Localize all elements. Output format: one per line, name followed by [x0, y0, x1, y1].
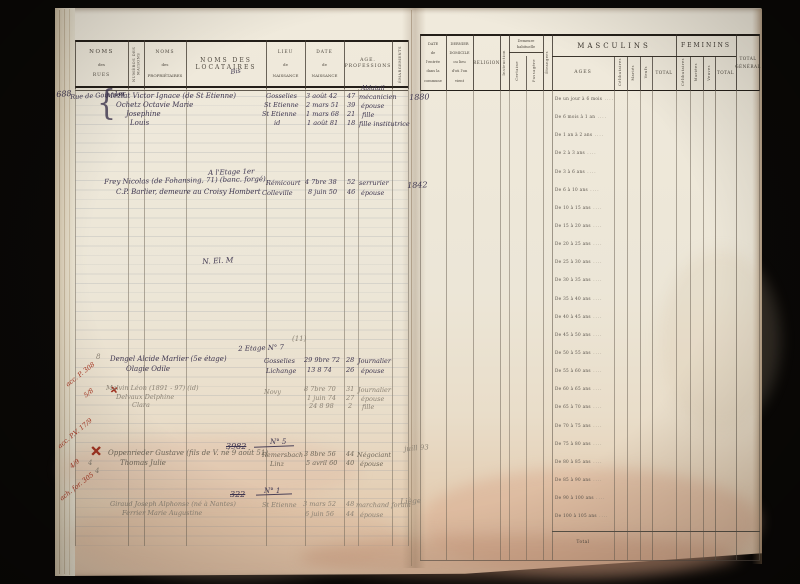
header-line: AGES — [574, 70, 592, 76]
column-header-total-general: TOTAL GÉNÉRAL — [736, 37, 760, 88]
column-header-lieu-naissance: LIEU de NAISSANCE — [266, 43, 305, 85]
column-header-dernier-domicile: DERNIER DOMICILE ou lieu d'où l'on vient — [446, 37, 473, 88]
column-header-demeure-passagere: Passagère — [526, 53, 543, 89]
header-line: LIEU — [278, 50, 294, 56]
handwriting-pencil-mark: 4 — [95, 467, 99, 475]
column-header-date-entree: DATE de l'entrée dans la commune — [420, 37, 446, 88]
handwriting-age: 46 — [347, 188, 355, 196]
handwriting-tenant-name: Ferrier Marie Augustine — [122, 509, 202, 517]
age-range-row: De 55 à 60 ans — [555, 368, 617, 386]
header-line: de — [322, 62, 327, 67]
header-line: AGE. PROFESSIONS — [344, 58, 392, 69]
handwriting-pencil-mark: 4 — [88, 459, 92, 467]
handwriting-birthplace: St Etienne — [264, 101, 299, 109]
age-range-row: De 35 à 40 ans — [555, 296, 617, 314]
column-header-masc-veufs: Veufs — [640, 56, 652, 89]
handwriting-birthplace: Linz — [270, 460, 284, 468]
handwriting-age: 47 — [347, 92, 355, 100]
handwriting-profession: fille — [362, 111, 374, 119]
handwriting-tenant-name: Thomas Julie — [120, 459, 166, 467]
age-range-row: De 15 à 20 ans — [555, 223, 617, 241]
header-line: DATE — [428, 42, 438, 46]
handwriting-tenant-name: Olagie Odile — [126, 365, 170, 373]
handwriting-pencil-birthdate: 8 7bre 70 — [304, 385, 336, 393]
age-range-row: De 3 à 6 ans — [555, 169, 617, 187]
handwriting-pencil-name: Delvaux Delphine — [116, 393, 174, 401]
header-line: ÉMARGEMENTS — [398, 46, 402, 83]
handwriting-pencil-mark: 8 — [96, 353, 100, 361]
handwriting-birthdate: 6 juin 56 — [305, 510, 334, 518]
header-line: Passagère — [532, 59, 536, 82]
header-line: d'où l'on — [452, 69, 468, 73]
handwriting-birthplace: Lichange — [266, 367, 296, 375]
handwriting-profession: épouse — [361, 189, 384, 197]
handwriting-birthdate: 3 mars 52 — [303, 500, 336, 508]
handwriting-number-note: N° 1 — [264, 487, 280, 495]
handwriting-age: 28 — [346, 356, 354, 364]
handwriting-gutter-note: Liège — [400, 496, 422, 506]
handwriting-profession: épouse — [360, 460, 383, 468]
header-line: NOMS — [89, 49, 114, 56]
handwriting-pencil-birthplace: Novy — [264, 388, 281, 396]
handwriting-tenant-name: Josephine — [126, 110, 161, 118]
header-line: Certaine — [515, 61, 519, 81]
handwriting-profession: serrurier — [359, 179, 389, 187]
group-header-feminins: FEMININS — [676, 38, 736, 54]
header-line: de — [431, 51, 435, 55]
handwriting-age: 21 — [347, 110, 355, 118]
age-range-row: De 30 à 35 ans — [555, 277, 617, 295]
age-ranges-column: De un jour à 6 moisDe 6 mois à 1 anDe 1 … — [555, 96, 617, 531]
header-line: PROPRIÉTAIRES — [148, 73, 183, 78]
header-line: Demeure — [518, 39, 535, 43]
column-header-age-professions: AGE. PROFESSIONS — [344, 41, 392, 87]
header-line: NUMÉROS DES MAISONS — [132, 41, 141, 87]
header-line: Célibataires — [681, 58, 685, 86]
handwriting-header-note: Bis — [230, 67, 241, 76]
handwriting-birthplace: id — [274, 119, 280, 127]
header-line: Mariées — [694, 63, 698, 81]
header-line: de — [283, 62, 288, 67]
column-header-religion: RELIGION — [473, 37, 500, 88]
handwriting-profession: épouse — [361, 367, 384, 375]
age-range-row: De 10 à 15 ans — [555, 205, 617, 223]
right-bottom-rule — [420, 560, 760, 561]
column-header-fem-mariees: Mariées — [690, 56, 703, 89]
header-line: Veuves — [707, 65, 711, 81]
age-range-row: De 85 à 90 ans — [555, 477, 617, 495]
handwriting-struck-number: 322 — [230, 490, 245, 499]
handwriting-profession-note: Ablatail — [361, 85, 385, 92]
handwriting-age: 18 — [347, 119, 355, 127]
age-range-row: De 2 à 3 ans — [555, 150, 617, 168]
header-line: GÉNÉRAL — [735, 64, 761, 69]
age-range-row: De 100 à 105 ans — [555, 513, 617, 531]
handwriting-birthdate: 1 mars 68 — [306, 110, 339, 118]
header-line: TOTAL — [717, 70, 734, 75]
column-header-emargements: ÉMARGEMENTS — [392, 41, 408, 87]
handwriting-tenant-name: Giraud Joseph Alphonse (né à Nantes) — [110, 500, 236, 508]
handwriting-pencil-age: 2 — [348, 402, 352, 410]
column-header-ages: AGES — [552, 56, 614, 89]
header-line: l'entrée — [426, 60, 440, 64]
header-line: Étrangers — [545, 51, 549, 74]
handwriting-age: 52 — [347, 178, 355, 186]
handwriting-age: 40 — [346, 459, 354, 467]
header-line: FEMININS — [681, 42, 731, 50]
handwriting-gutter-note: juill 93 — [404, 443, 429, 453]
age-range-row: De 65 à 70 ans — [555, 404, 617, 422]
handwriting-birthdate: 13 8 74 — [307, 366, 332, 374]
handwriting-number-note: N° 5 — [270, 438, 286, 446]
age-range-row: De 90 à 100 ans — [555, 495, 617, 513]
handwriting-birthdate: 4 7bre 38 — [305, 178, 337, 186]
age-range-row: De 25 à 30 ans — [555, 259, 617, 277]
handwriting-birthplace: St Etienne — [262, 110, 297, 118]
handwriting-birthplace: Gosselies — [264, 357, 295, 365]
column-header-fem-celibataires: Célibataires — [676, 56, 690, 89]
handwriting-pencil-birthdate: 1 juin 74 — [307, 394, 336, 402]
header-line: DOMICILE — [449, 51, 469, 55]
column-header-masc-celibataires: Célibataires — [614, 56, 627, 89]
column-header-instruction: Instruction — [500, 37, 509, 88]
handwriting-gutter-year: 1880 — [409, 92, 430, 102]
header-line: NAISSANCE — [273, 73, 299, 78]
header-line: des — [98, 62, 105, 67]
handwriting-pencil-name: Clara — [132, 401, 150, 409]
header-line: Instruction — [502, 50, 506, 76]
age-range-row: De 60 à 65 ans — [555, 386, 617, 404]
column-header-date-naissance: DATE de NAISSANCE — [305, 43, 344, 85]
age-range-row: De 6 mois à 1 an — [555, 114, 617, 132]
header-line: NAISSANCE — [312, 73, 338, 78]
header-line: RUES — [93, 73, 110, 79]
handwriting-pencil-name: Malvin Léon (1891 - 97) (id) — [106, 384, 199, 392]
handwriting-birthdate: 1 août 81 — [307, 119, 338, 127]
group-header-masculins: MASCULINS — [552, 38, 676, 54]
header-line: DERNIER — [450, 42, 468, 46]
register-scan-photo: NOMS des RUES NUMÉROS DES MAISONS NOMS d… — [0, 0, 800, 584]
handwriting-age: 48 — [346, 500, 354, 508]
handwriting-birthplace: Gosselies — [266, 92, 297, 100]
handwriting-birthplace: Remersbach — [262, 451, 303, 459]
header-line: vient — [455, 79, 464, 83]
column-header-masc-total: TOTAL — [652, 56, 676, 89]
handwriting-age: 44 — [346, 450, 354, 458]
handwriting-birthplace: St Etienne — [262, 501, 297, 509]
header-line: ou lieu — [453, 60, 465, 64]
red-cross-mark: ✕ — [90, 444, 102, 460]
handwriting-pencil-profession: épouse — [361, 395, 384, 403]
handwriting-birthplace: Colleville — [262, 189, 293, 197]
header-line: Célibataires — [618, 58, 622, 86]
handwriting-pencil-age: 31 — [346, 385, 354, 393]
age-range-row: De 50 à 55 ans — [555, 350, 617, 368]
handwriting-pencil-birthdate: 24 8 98 — [309, 402, 334, 410]
age-range-row: De 6 à 10 ans — [555, 187, 617, 205]
handwriting-tenant-name: Meziat Victor Ignace (de St Etienne) — [106, 92, 236, 100]
age-range-row: De 20 à 25 ans — [555, 241, 617, 259]
header-line: DATE — [316, 50, 333, 56]
handwriting-tenant-name: Ochetz Octavie Marie — [116, 101, 193, 109]
handwriting-birthdate: 5 avril 60 — [306, 459, 337, 467]
header-line: TOTAL — [739, 56, 756, 61]
column-header-fem-veuves: Veuves — [703, 56, 715, 89]
column-header-masc-maries: Mariés — [627, 56, 640, 89]
handwriting-pencil-age: 27 — [346, 394, 354, 402]
column-header-locataires: NOMS DES LOCATAIRES — [186, 41, 266, 87]
column-header-demeure-certaine: Certaine — [509, 53, 526, 89]
column-header-proprietaires: NOMS des PROPRIÉTAIRES — [144, 43, 186, 85]
header-line: dans la — [426, 69, 439, 73]
age-range-row: De 80 à 85 ans — [555, 459, 617, 477]
left-ruling-lines — [75, 96, 408, 546]
column-header-etrangers: Étrangers — [543, 37, 552, 88]
handwriting-pencil-profession: Journalier — [358, 386, 391, 394]
age-range-row: De 40 à 45 ans — [555, 314, 617, 332]
column-header-fem-total: TOTAL — [715, 56, 736, 89]
age-range-row: De 45 à 50 ans — [555, 332, 617, 350]
handwriting-tenant-name: Louis — [130, 119, 149, 127]
handwriting-birthdate: 3 8bre 56 — [304, 450, 336, 458]
handwriting-margin-note: N. El. M — [202, 255, 234, 266]
handwriting-birthdate: 3 août 42 — [306, 92, 337, 100]
handwriting-age: 39 — [347, 101, 355, 109]
header-line: TOTAL — [655, 70, 672, 75]
handwriting-floor-heading: 2 Etage N° 7 — [238, 343, 284, 353]
handwriting-age: 26 — [346, 366, 354, 374]
header-line: RELIGION — [473, 60, 500, 65]
header-line: des — [162, 62, 169, 67]
handwriting-birthdate: 8 juin 50 — [308, 188, 337, 196]
handwriting-gutter-year: 1842 — [407, 180, 428, 190]
handwriting-birthplace: Rémicourt — [266, 179, 300, 187]
handwriting-pencil-mark: (11) — [292, 335, 306, 343]
handwriting-birthdate: 2 mars 51 — [306, 101, 339, 109]
handwriting-tenant-name: Oppenrieder Gustave (fils de V. né 9 aoû… — [108, 449, 268, 457]
header-line: NOMS DES LOCATAIRES — [186, 57, 266, 72]
header-line: NOMS — [156, 50, 175, 56]
ages-total-label: Total — [552, 536, 614, 548]
handwriting-pencil-profession: fille — [362, 403, 374, 411]
handwriting-tenant-name: C.P. Barlier, demeure au Croisy Hombert — [116, 188, 261, 196]
age-range-row: De un jour à 6 mois — [555, 96, 617, 114]
handwriting-brace: { — [97, 83, 116, 123]
handwriting-tenant-name: Dengel Alcide Marlier (5e étage) — [110, 355, 227, 363]
header-line: MASCULINS — [577, 42, 651, 51]
header-line: Veufs — [644, 66, 648, 78]
header-line: commune — [424, 79, 442, 83]
header-line: Mariés — [631, 65, 635, 81]
age-range-row: De 1 an à 2 ans — [555, 132, 617, 150]
age-range-row: De 70 à 75 ans — [555, 423, 617, 441]
handwriting-profession: épouse — [360, 511, 383, 519]
header-line: habituelle — [517, 45, 535, 49]
group-header-demeure: Demeure habituelle — [509, 37, 543, 51]
handwriting-profession: mécanicien — [359, 93, 397, 101]
handwriting-birthdate: 29 9bre 72 — [304, 356, 340, 364]
handwriting-profession: Négociant — [357, 451, 391, 459]
handwriting-profession: fille institutrice — [359, 120, 410, 128]
header-line: Total — [576, 539, 589, 544]
column-header-numeros: NUMÉROS DES MAISONS — [128, 41, 144, 87]
handwriting-profession: épouse — [361, 102, 384, 110]
column-header-rues: NOMS des RUES — [75, 43, 128, 85]
handwriting-profession: Journalier — [358, 357, 391, 365]
handwriting-age: 44 — [346, 510, 354, 518]
age-range-row: De 75 à 80 ans — [555, 441, 617, 459]
